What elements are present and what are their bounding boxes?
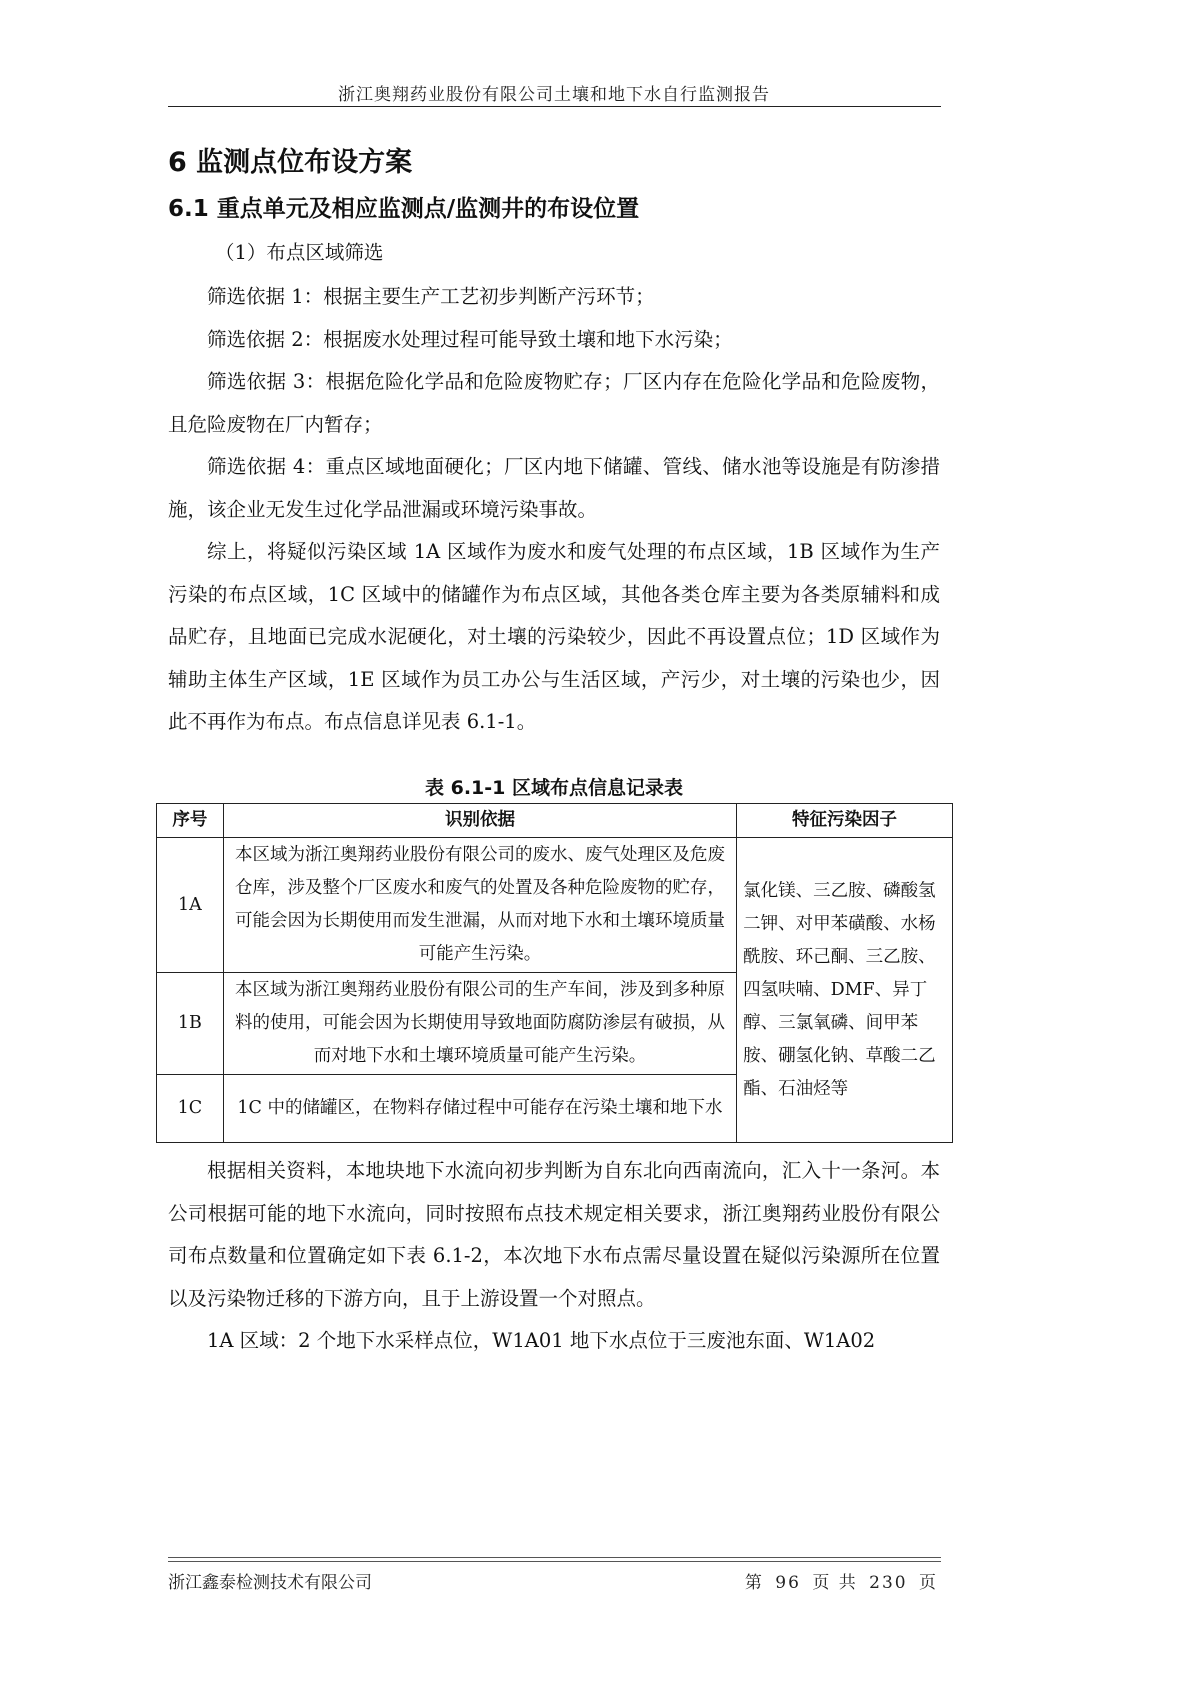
subsection-heading: 6.1 重点单元及相应监测点/监测井的布设位置	[168, 190, 639, 223]
footer-company: 浙江鑫泰检测技术有限公司	[168, 1568, 372, 1593]
paragraph-criterion-2: 筛选依据 2：根据废水处理过程可能导致土壤和地下水污染；	[168, 319, 940, 362]
pollution-factors: 氯化镁、三乙胺、磷酸氢二钾、对甲苯磺酸、水杨酰胺、环己酮、三乙胺、四氢呋喃、DM…	[737, 838, 953, 1143]
row-id: 1C	[157, 1075, 224, 1143]
footer-divider	[168, 1557, 941, 1558]
region-info-table: 序号 识别依据 特征污染因子 1A 本区域为浙江奥翔药业股份有限公司的废水、废气…	[156, 803, 953, 1143]
page-suffix: 页	[919, 1573, 938, 1593]
paragraph-criterion-3: 筛选依据 3：根据危险化学品和危险废物贮存；厂区内存在危险化学品和危险废物，且危…	[168, 361, 940, 446]
paragraph-1a-region: 1A 区域：2 个地下水采样点位，W1A01 地下水点位于三废池东面、W1A02	[168, 1320, 940, 1363]
footer-divider-secondary	[168, 1561, 941, 1562]
page-prefix: 第	[745, 1573, 764, 1593]
page-number: 96	[775, 1573, 801, 1593]
column-header-id: 序号	[157, 804, 224, 838]
section-heading: 6 监测点位布设方案	[168, 140, 412, 179]
page-indicator: 第 96 页 共 230 页	[743, 1568, 940, 1593]
paragraph-criterion-1: 筛选依据 1：根据主要生产工艺初步判断产污环节；	[168, 276, 940, 319]
row-basis: 本区域为浙江奥翔药业股份有限公司的生产车间，涉及到多种原料的使用，可能会因为长期…	[223, 973, 736, 1075]
criteria-text: 筛选依据 1：根据主要生产工艺初步判断产污环节； 筛选依据 2：根据废水处理过程…	[168, 276, 940, 744]
table-caption: 表 6.1-1 区域布点信息记录表	[168, 773, 940, 800]
page-mid: 页 共	[812, 1573, 857, 1593]
row-basis: 1C 中的储罐区，在物料存储过程中可能存在污染土壤和地下水	[223, 1075, 736, 1143]
row-basis: 本区域为浙江奥翔药业股份有限公司的废水、废气处理区及危废仓库，涉及整个厂区废水和…	[223, 838, 736, 973]
page-total: 230	[869, 1573, 907, 1593]
column-header-basis: 识别依据	[223, 804, 736, 838]
column-header-factors: 特征污染因子	[737, 804, 953, 838]
paragraph-groundwater-flow: 根据相关资料，本地块地下水流向初步判断为自东北向西南流向，汇入十一条河。本公司根…	[168, 1150, 940, 1320]
header-divider	[168, 106, 941, 107]
table-header-row: 序号 识别依据 特征污染因子	[157, 804, 953, 838]
paragraph-summary: 综上，将疑似污染区域 1A 区域作为废水和废气处理的布点区域，1B 区域作为生产…	[168, 531, 940, 744]
sub-item-heading: （1）布点区域筛选	[215, 232, 383, 274]
row-id: 1A	[157, 838, 224, 973]
groundwater-text: 根据相关资料，本地块地下水流向初步判断为自东北向西南流向，汇入十一条河。本公司根…	[168, 1150, 940, 1363]
paragraph-criterion-4: 筛选依据 4：重点区域地面硬化；厂区内地下储罐、管线、储水池等设施是有防渗措施，…	[168, 446, 940, 531]
page-header-title: 浙江奥翔药业股份有限公司土壤和地下水自行监测报告	[168, 80, 940, 105]
row-id: 1B	[157, 973, 224, 1075]
table-row: 1A 本区域为浙江奥翔药业股份有限公司的废水、废气处理区及危废仓库，涉及整个厂区…	[157, 838, 953, 973]
